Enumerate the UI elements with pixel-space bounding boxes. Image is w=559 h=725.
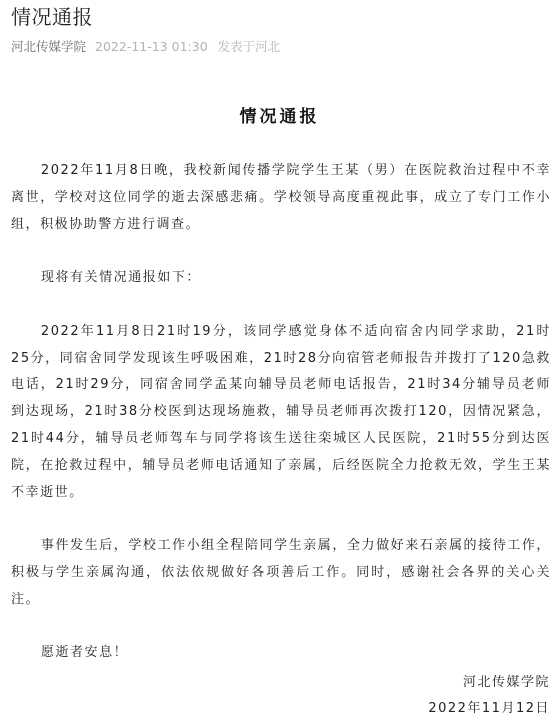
paragraph-intro: 2022年11月8日晚，我校新闻传播学院学生王某（男）在医院救治过程中不幸离世，… <box>11 158 551 238</box>
publish-location: 发表于河北 <box>218 39 281 54</box>
paragraph-condolence: 愿逝者安息！ <box>11 640 551 667</box>
paragraph-timeline: 2022年11月8日21时19分，该同学感觉身体不适向宿舍内同学求助，21时25… <box>11 319 551 507</box>
author-name[interactable]: 河北传媒学院 <box>11 39 86 54</box>
signature-block: 河北传媒学院 2022年11月12日 <box>428 670 550 722</box>
article-body: 2022年11月8日晚，我校新闻传播学院学生王某（男）在医院救治过程中不幸离世，… <box>11 158 551 694</box>
paragraph-aftermath: 事件发生后，学校工作小组全程陪同学生亲属，全力做好来石亲属的接待工作，积极与学生… <box>11 533 551 613</box>
paragraph-lead: 现将有关情况通报如下： <box>11 265 551 292</box>
article-meta: 河北传媒学院2022-11-13 01:30发表于河北 <box>11 38 280 56</box>
document-title: 情况通报 <box>0 104 559 130</box>
page-title: 情况通报 <box>11 3 93 31</box>
publish-time: 2022-11-13 01:30 <box>95 39 208 54</box>
signature-organization: 河北传媒学院 <box>428 670 550 696</box>
signature-date: 2022年11月12日 <box>428 696 550 722</box>
